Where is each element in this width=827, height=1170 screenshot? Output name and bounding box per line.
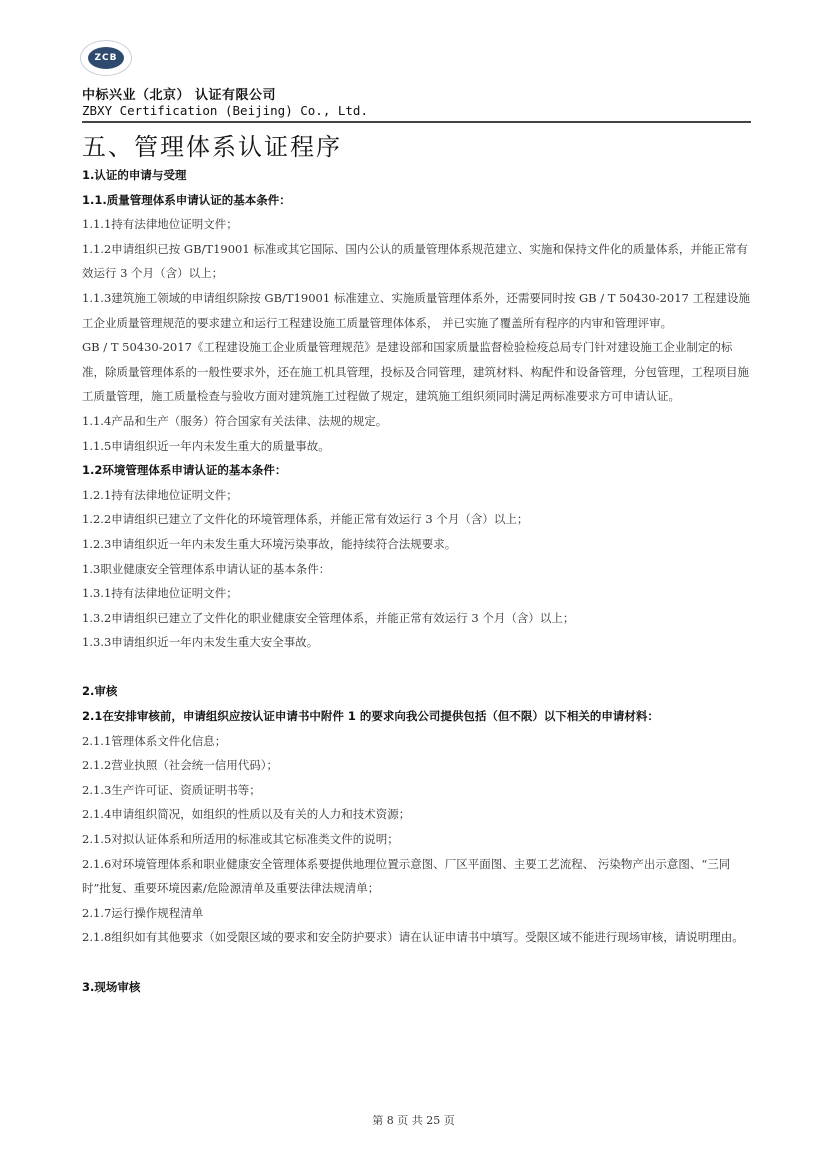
section-heading: 1.1.质量管理体系申请认证的基本条件： [82,188,752,213]
company-name-cn: 中标兴业（北京） 认证有限公司 [82,84,276,103]
company-name-en: ZBXY Certification (Beijing) Co., Ltd. [82,103,368,118]
document-page: ZCB 中标兴业（北京） 认证有限公司 ZBXY Certification (… [0,0,827,1170]
paragraph: 1.1.5申请组织近一年内未发生重大的质量事故。 [82,434,752,459]
paragraph: 1.2.3申请组织近一年内未发生重大环境污染事故，能持续符合法规要求。 [82,532,752,557]
document-body: 1.认证的申请与受理1.1.质量管理体系申请认证的基本条件：1.1.1持有法律地… [82,163,752,999]
section-heading: 1.2环境管理体系申请认证的基本条件： [82,458,752,483]
paragraph: 1.2.1持有法律地位证明文件； [82,483,752,508]
paragraph: 1.3.3申请组织近一年内未发生重大安全事故。 [82,630,752,655]
paragraph: 2.1.4申请组织简况，如组织的性质以及有关的人力和技术资源； [82,802,752,827]
spacer [82,950,752,975]
paragraph: 2.1.8组织如有其他要求（如受限区域的要求和安全防护要求）请在认证申请书中填写… [82,925,752,950]
paragraph: 2.1.3生产许可证、资质证明书等； [82,778,752,803]
paragraph: 2.1.1管理体系文件化信息； [82,729,752,754]
paragraph: GB / T 50430-2017《工程建设施工企业质量管理规范》是建设部和国家… [82,335,752,409]
section-heading: 2.审核 [82,679,752,704]
spacer [82,655,752,680]
paragraph: 1.1.4产品和生产（服务）符合国家有关法律、法规的规定。 [82,409,752,434]
paragraph: 2.1.7运行操作规程清单 [82,901,752,926]
company-logo: ZCB [80,40,132,76]
section-heading: 3.现场审核 [82,975,752,1000]
paragraph: 1.2.2申请组织已建立了文件化的环境管理体系，并能正常有效运行 3 个月（含）… [82,507,752,532]
section-heading: 1.认证的申请与受理 [82,163,752,188]
paragraph: 2.1.6对环境管理体系和职业健康安全管理体系要提供地理位置示意图、厂区平面图、… [82,852,752,901]
paragraph: 1.1.1持有法律地位证明文件； [82,212,752,237]
paragraph: 1.3职业健康安全管理体系申请认证的基本条件： [82,557,752,582]
paragraph: 1.1.2申请组织已按 GB/T19001 标准或其它国际、国内公认的质量管理体… [82,237,752,286]
paragraph: 1.3.2申请组织已建立了文件化的职业健康安全管理体系，并能正常有效运行 3 个… [82,606,752,631]
section-heading: 2.1在安排审核前，申请组织应按认证申请书中附件 1 的要求向我公司提供包括（但… [82,704,752,729]
paragraph: 2.1.2营业执照（社会统一信用代码）； [82,753,752,778]
header-divider [82,121,751,123]
page-footer: 第 8 页 共 25 页 [0,1112,827,1128]
page-title: 五、管理体系认证程序 [82,127,342,162]
logo-text: ZCB [88,47,124,69]
paragraph: 1.3.1持有法律地位证明文件； [82,581,752,606]
paragraph: 2.1.5对拟认证体系和所适用的标准或其它标准类文件的说明； [82,827,752,852]
paragraph: 1.1.3建筑施工领域的申请组织除按 GB/T19001 标准建立、实施质量管理… [82,286,752,335]
